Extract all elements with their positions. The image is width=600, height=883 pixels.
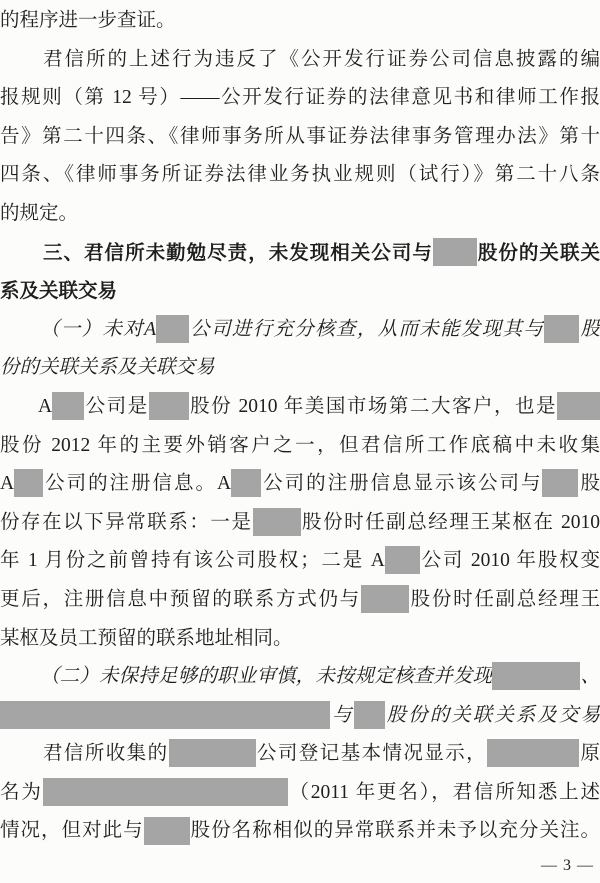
redaction-box bbox=[169, 739, 256, 767]
text-segment: 股份时任副总经理王 bbox=[409, 589, 600, 610]
text-line: 份存在以下异常联系：一是股份时任副总经理王某枢在 2010 bbox=[0, 504, 600, 543]
redaction-box bbox=[156, 315, 189, 343]
redaction-box bbox=[542, 469, 578, 497]
text-segment: 股份 2012 年的主要外销客户之一，但君信所工作底稿中未收集 bbox=[0, 435, 600, 456]
text-line: 三、君信所未勤勉尽责，未发现相关公司与股份的关联关 bbox=[0, 234, 600, 273]
text-segment: （2011 年更名），君信所知悉上述 bbox=[288, 782, 600, 803]
text-line: 告》第二十四条、《律师事务所从事证券法律事务管理办法》第十 bbox=[0, 118, 600, 157]
text-segment: A bbox=[38, 396, 52, 417]
text-segment: 某枢及员工预留的联系地址相同。 bbox=[0, 628, 293, 649]
text-segment: 与 bbox=[330, 705, 354, 726]
text-segment: 年 1 月份之前曾持有该公司股权；二是 A bbox=[0, 550, 385, 571]
text-line: 报规则（第 12 号）——公开发行证券的法律意见书和律师工作报 bbox=[0, 79, 600, 118]
text-segment: （二）未保持足够的职业审慎，未按规定核查并发现 bbox=[40, 666, 492, 687]
scanned-document-page: 的程序进一步查证。君信所的上述行为违反了《公开发行证券公司信息披露的编报规则（第… bbox=[0, 0, 600, 883]
text-segment: 公司登记基本情况显示， bbox=[256, 743, 488, 764]
text-segment: 、 bbox=[580, 666, 600, 687]
text-segment: 的规定。 bbox=[0, 203, 78, 224]
redaction-box bbox=[433, 238, 477, 266]
text-line: 君信所收集的公司登记基本情况显示，原 bbox=[0, 735, 600, 774]
text-segment: 四条、《律师事务所证券法律业务执业规则（试行）》第二十八条 bbox=[0, 164, 600, 185]
redaction-box bbox=[14, 469, 43, 497]
text-line: 与股份的关联关系及交易 bbox=[0, 697, 600, 736]
text-segment: 名为 bbox=[0, 782, 43, 803]
page-number-footer: — 3 — bbox=[0, 851, 600, 882]
text-segment: 公司 2010 年股权变 bbox=[420, 550, 600, 571]
redaction-box bbox=[557, 392, 600, 420]
redaction-box bbox=[0, 701, 330, 729]
text-segment: 股 bbox=[579, 319, 600, 340]
text-segment: 公司的注册信息显示该公司与 bbox=[261, 473, 542, 494]
redaction-box bbox=[492, 662, 580, 690]
text-segment: 股份 2010 年美国市场第二大客户，也是 bbox=[189, 396, 557, 417]
text-line: （二）未保持足够的职业审慎，未按规定核查并发现、 bbox=[0, 658, 600, 697]
text-line: A公司的注册信息。A公司的注册信息显示该公司与股 bbox=[0, 465, 600, 504]
redaction-box bbox=[544, 315, 579, 343]
text-segment: 报规则（第 12 号）——公开发行证券的法律意见书和律师工作报 bbox=[0, 87, 600, 108]
redaction-box bbox=[354, 701, 385, 729]
text-line: 的规定。 bbox=[0, 195, 600, 234]
text-segment: A bbox=[0, 473, 14, 494]
text-line: 四条、《律师事务所证券法律业务执业规则（试行）》第二十八条 bbox=[0, 156, 600, 195]
text-segment: 更后，注册信息中预留的联系方式仍与 bbox=[0, 589, 361, 610]
text-line: 君信所的上述行为违反了《公开发行证券公司信息披露的编 bbox=[0, 41, 600, 80]
text-line: 股份 2012 年的主要外销客户之一，但君信所工作底稿中未收集 bbox=[0, 427, 600, 466]
document-body: 的程序进一步查证。君信所的上述行为违反了《公开发行证券公司信息披露的编报规则（第… bbox=[0, 2, 600, 851]
text-segment: 股 bbox=[578, 473, 600, 494]
redaction-box bbox=[52, 392, 84, 420]
text-line: 年 1 月份之前曾持有该公司股权；二是 A公司 2010 年股权变 bbox=[0, 542, 600, 581]
text-segment: 的程序进一步查证。 bbox=[0, 10, 176, 31]
text-segment: 公司是 bbox=[84, 396, 149, 417]
text-segment: 股份的关联关系及交易 bbox=[385, 705, 600, 726]
redaction-box bbox=[231, 469, 261, 497]
text-segment: 公司的注册信息。A bbox=[43, 473, 231, 494]
text-line: 名为（2011 年更名），君信所知悉上述 bbox=[0, 774, 600, 813]
text-line: A公司是股份 2010 年美国市场第二大客户，也是 bbox=[0, 388, 600, 427]
text-line: 某枢及员工预留的联系地址相同。 bbox=[0, 620, 600, 659]
text-segment: 系及关联交易 bbox=[0, 280, 117, 302]
text-segment: （一）未对A bbox=[40, 319, 156, 340]
text-line: （一）未对A公司进行充分核查，从而未能发现其与股 bbox=[0, 311, 600, 350]
text-segment: 君信所的上述行为违反了《公开发行证券公司信息披露的编 bbox=[43, 49, 600, 70]
text-segment: 情况，但对此与 bbox=[0, 820, 144, 841]
text-line: 的程序进一步查证。 bbox=[0, 2, 600, 41]
redaction-box bbox=[253, 508, 301, 536]
text-segment: 份存在以下异常联系：一是 bbox=[0, 512, 253, 533]
text-line: 份的关联关系及关联交易 bbox=[0, 349, 600, 388]
text-line: 更后，注册信息中预留的联系方式仍与股份时任副总经理王 bbox=[0, 581, 600, 620]
text-segment: 原 bbox=[579, 743, 600, 764]
redaction-box bbox=[43, 778, 288, 806]
text-segment: 君信所收集的 bbox=[43, 743, 169, 764]
text-segment: 告》第二十四条、《律师事务所从事证券法律事务管理办法》第十 bbox=[0, 126, 600, 147]
redaction-box bbox=[361, 585, 409, 613]
redaction-box bbox=[144, 817, 190, 845]
text-segment: 股份名称相似的异常联系并未予以充分关注。 bbox=[190, 820, 600, 841]
text-segment: 三、君信所未勤勉尽责，未发现相关公司与 bbox=[43, 242, 433, 264]
text-segment: 股份的关联关 bbox=[477, 242, 600, 264]
text-line: 系及关联交易 bbox=[0, 272, 600, 311]
redaction-box bbox=[149, 392, 189, 420]
text-line: 情况，但对此与股份名称相似的异常联系并未予以充分关注。 bbox=[0, 812, 600, 851]
redaction-box bbox=[385, 546, 420, 574]
text-segment: 份的关联关系及关联交易 bbox=[0, 357, 215, 378]
text-segment: 公司进行充分核查，从而未能发现其与 bbox=[189, 319, 544, 340]
text-segment: 股份时任副总经理王某枢在 2010 bbox=[301, 512, 600, 533]
redaction-box bbox=[487, 739, 579, 767]
